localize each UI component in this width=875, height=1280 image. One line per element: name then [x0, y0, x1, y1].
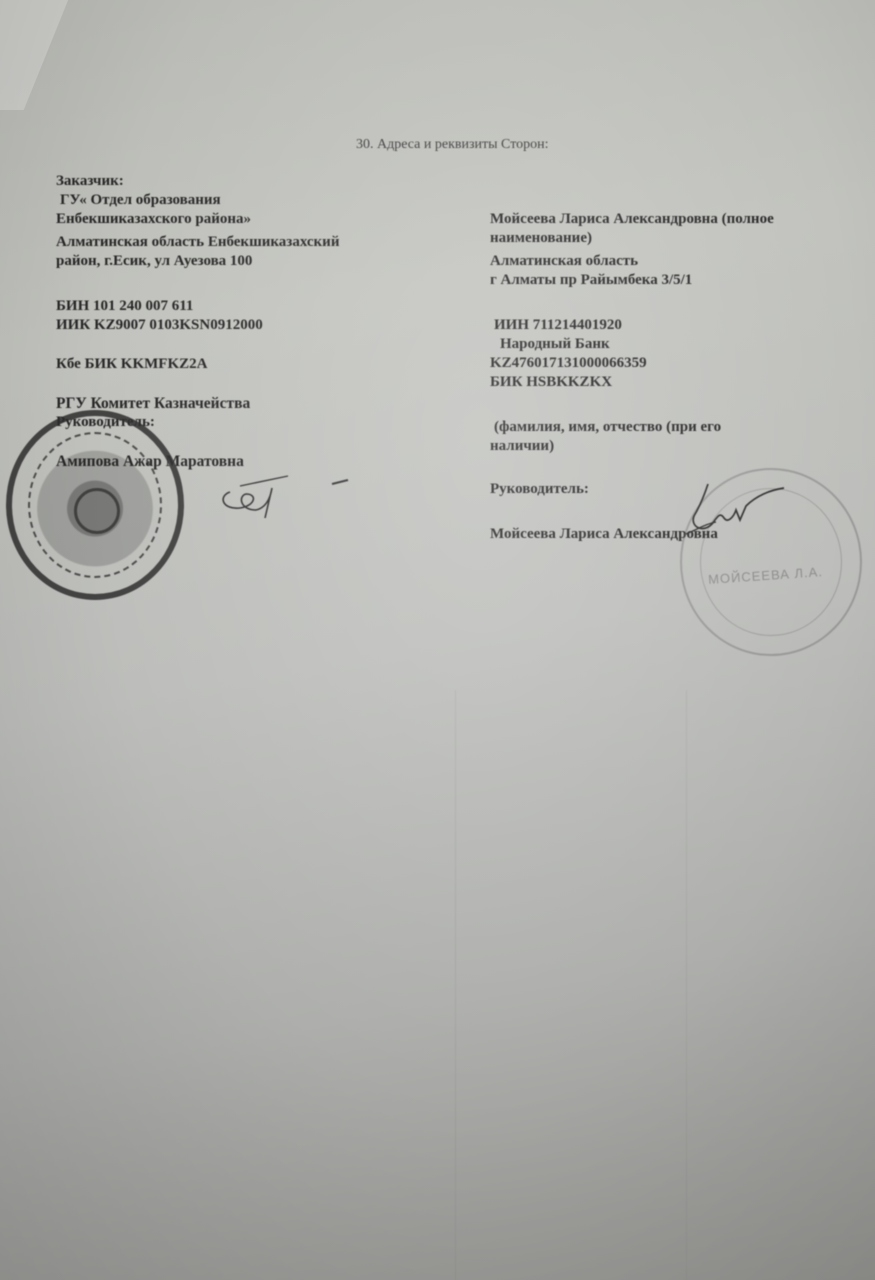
customer-bank: РГУ Комитет Казначейства	[56, 394, 476, 413]
customer-name-line2: Енбекшиказахского района»	[56, 210, 476, 229]
customer-label: Заказчик:	[56, 172, 476, 191]
supplier-name-line1: Мойсеева Лариса Александровна (полное	[490, 210, 870, 229]
faint-table-lines	[455, 690, 687, 1280]
supplier-iik: KZ476017131000066359	[490, 354, 870, 373]
customer-iik: ИИК KZ9007 0103KSN0912000	[56, 316, 476, 335]
customer-bik: Кбе БИК KKMFKZ2A	[56, 355, 476, 374]
supplier-bank: Народный Банк	[490, 335, 870, 354]
supplier-fio-note-line2: наличии)	[490, 437, 870, 456]
state-emblem-icon	[74, 488, 120, 534]
supplier-address-line2: г Алматы пр Райымбека 3/5/1	[490, 271, 870, 290]
supplier-fio-note-line1: (фамилия, имя, отчество (при его	[490, 418, 870, 437]
customer-bin: БИН 101 240 007 611	[56, 297, 476, 316]
customer-address-line2: район, г.Есик, ул Ауезова 100	[56, 252, 476, 271]
supplier-iin: ИИН 711214401920	[490, 316, 870, 335]
customer-seal-stamp-icon	[6, 410, 184, 600]
supplier-signature-icon	[680, 476, 790, 546]
supplier-name-line2: наименование)	[490, 229, 870, 248]
customer-signature-icon	[210, 470, 360, 530]
supplier-bik: БИК HSBKKZKX	[490, 373, 870, 392]
contract-page: 30. Адреса и реквизиты Сторон: Заказчик:…	[0, 0, 875, 1280]
section-title: 30. Адреса и реквизиты Сторон:	[356, 137, 549, 153]
supplier-address-line1: Алматинская область	[490, 252, 870, 271]
customer-name-line1: ГУ« Отдел образования	[56, 191, 476, 210]
customer-address-line1: Алматинская область Енбекшиказахский	[56, 233, 476, 252]
